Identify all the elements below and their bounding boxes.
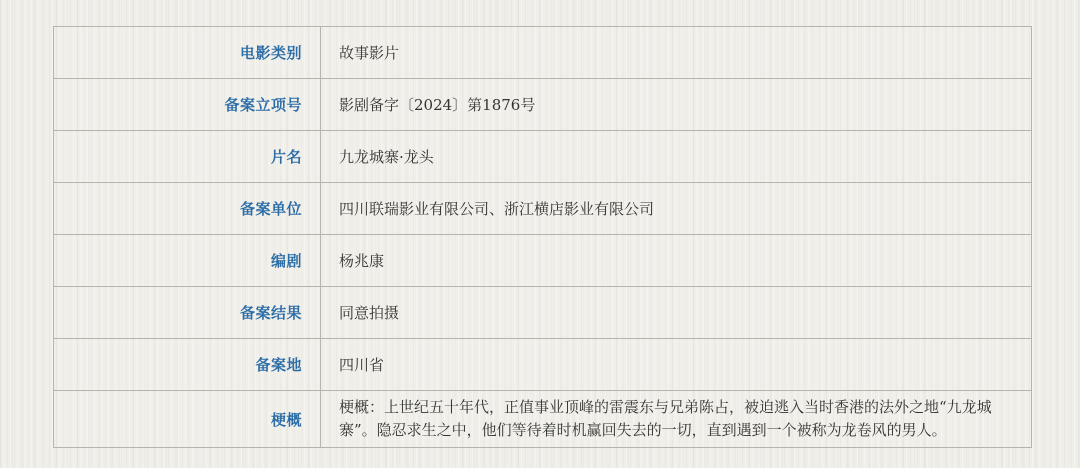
film-record-table: 电影类别 故事影片 备案立项号 影剧备字〔2024〕第1876号 片名 九龙城寨… <box>53 26 1032 448</box>
row-value: 同意拍摄 <box>321 287 1032 339</box>
row-label: 编剧 <box>54 235 321 287</box>
row-value: 九龙城寨·龙头 <box>321 131 1032 183</box>
table-row-filing-company: 备案单位 四川联瑞影业有限公司、浙江横店影业有限公司 <box>54 183 1032 235</box>
row-label: 片名 <box>54 131 321 183</box>
row-label: 备案结果 <box>54 287 321 339</box>
row-value: 四川联瑞影业有限公司、浙江横店影业有限公司 <box>321 183 1032 235</box>
row-label: 电影类别 <box>54 27 321 79</box>
row-value: 杨兆康 <box>321 235 1032 287</box>
table-row-screenwriter: 编剧 杨兆康 <box>54 235 1032 287</box>
row-label: 备案立项号 <box>54 79 321 131</box>
row-value: 四川省 <box>321 339 1032 391</box>
row-label: 备案单位 <box>54 183 321 235</box>
table-row-film-category: 电影类别 故事影片 <box>54 27 1032 79</box>
table-row-filing-result: 备案结果 同意拍摄 <box>54 287 1032 339</box>
table-row-filing-location: 备案地 四川省 <box>54 339 1032 391</box>
row-value: 梗概：上世纪五十年代，正值事业顶峰的雷震东与兄弟陈占，被迫逃入当时香港的法外之地… <box>321 391 1032 448</box>
row-label: 梗概 <box>54 391 321 448</box>
table-row-filing-number: 备案立项号 影剧备字〔2024〕第1876号 <box>54 79 1032 131</box>
table-row-synopsis: 梗概 梗概：上世纪五十年代，正值事业顶峰的雷震东与兄弟陈占，被迫逃入当时香港的法… <box>54 391 1032 448</box>
row-label: 备案地 <box>54 339 321 391</box>
row-value: 故事影片 <box>321 27 1032 79</box>
row-value: 影剧备字〔2024〕第1876号 <box>321 79 1032 131</box>
table-row-film-title: 片名 九龙城寨·龙头 <box>54 131 1032 183</box>
